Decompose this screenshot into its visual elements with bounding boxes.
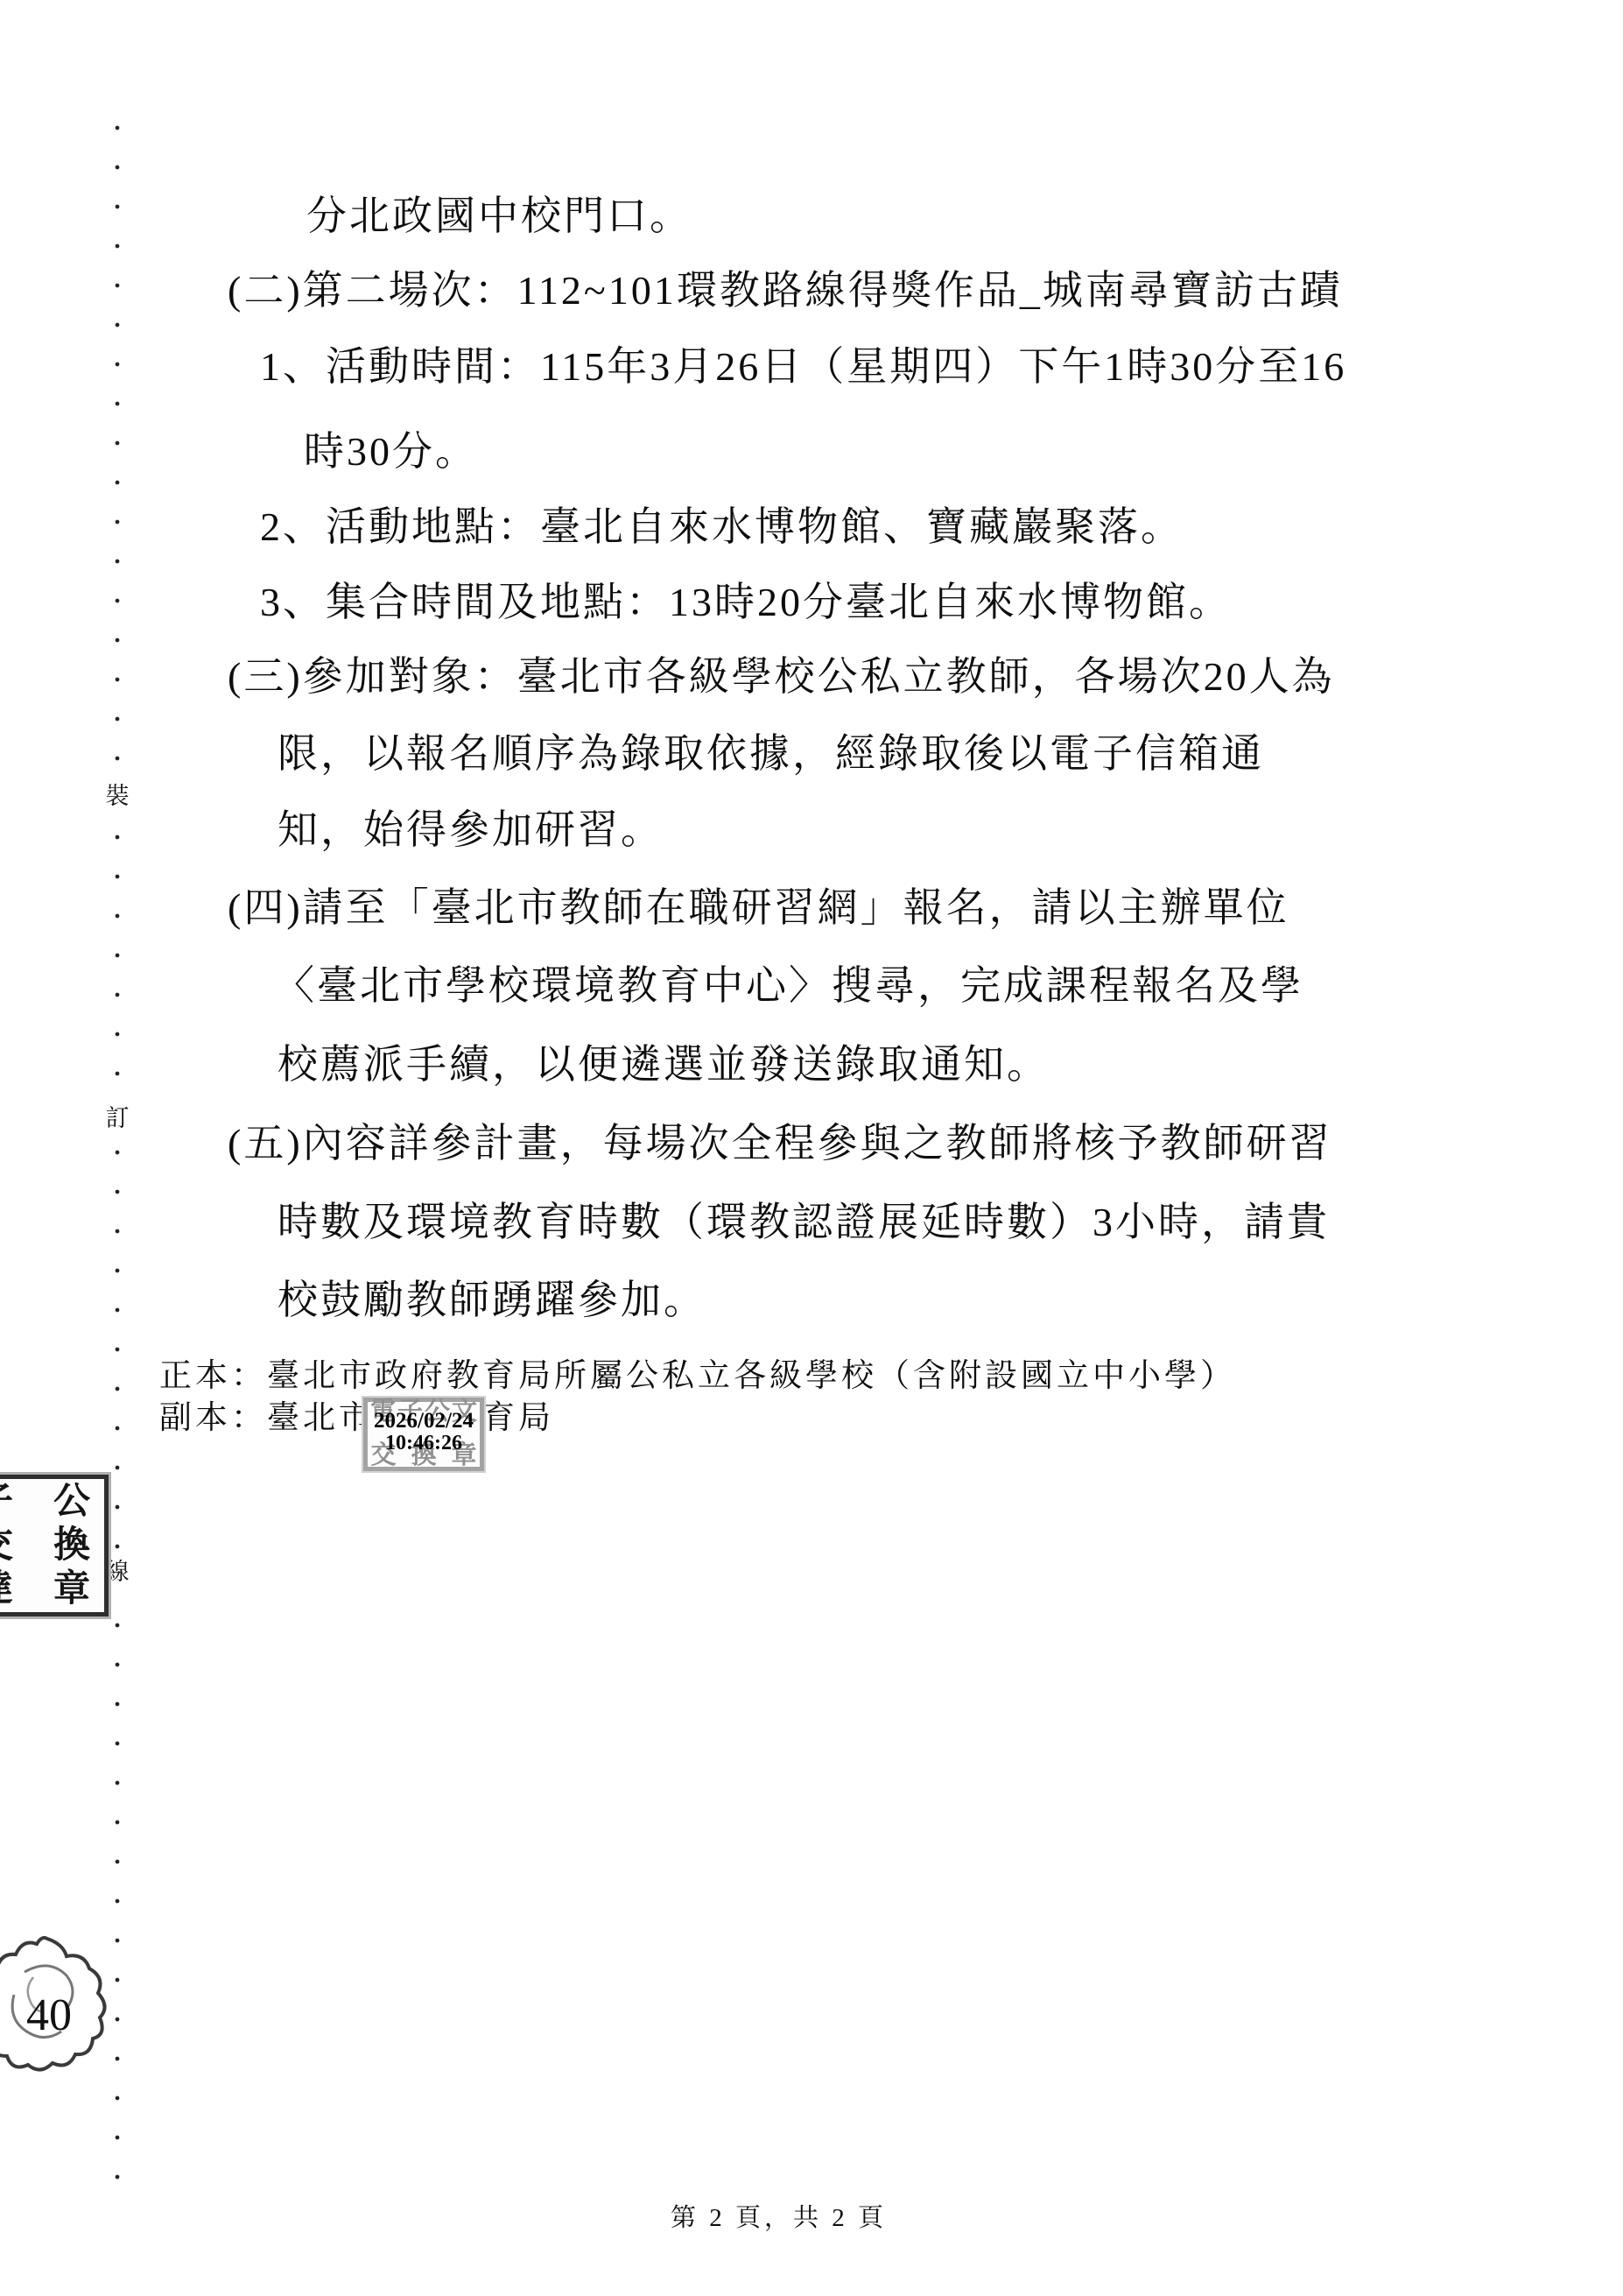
e-exchange-stamp-date: 2026/02/24 bbox=[362, 1410, 485, 1433]
binding-dotted-line bbox=[114, 124, 121, 2184]
body-line: 2、活動地點：臺北自來水博物館、寶藏巖聚落。 bbox=[260, 502, 1184, 553]
margin-mark-binding: 裝 bbox=[102, 776, 132, 817]
body-line: 限，以報名順序為錄取依據，經錄取後以電子信箱通 bbox=[278, 729, 1264, 779]
distribution-copy: 副本：臺北市政府教育局 bbox=[159, 1398, 554, 1439]
body-line: 知，始得參加研習。 bbox=[278, 805, 664, 856]
receive-stamp-right-column: 公換章 bbox=[53, 1480, 94, 1611]
body-line: 1、活動時間：115年3月26日（星期四）下午1時30分至16 bbox=[260, 342, 1346, 392]
page-footer: 第 2 頁，共 2 頁 bbox=[671, 2198, 887, 2234]
distribution-original: 正本：臺北市政府教育局所屬公私立各級學校（含附設國立中小學） bbox=[159, 1356, 1236, 1397]
body-line: 〈臺北市學校環境教育中心〉搜尋，完成課程報名及學 bbox=[274, 961, 1303, 1011]
body-line: (二)第二場次：112~101環教路線得獎作品_城南尋寶訪古蹟 bbox=[228, 265, 1343, 316]
body-line: 校鼓勵教師踴躍參加。 bbox=[278, 1275, 706, 1326]
body-line: 3、集合時間及地點：13時20分臺北自來水博物館。 bbox=[260, 577, 1232, 628]
page-badge-number: 40 bbox=[26, 1990, 72, 2040]
body-line: (三)參加對象：臺北市各級學校公私立教師，各場次20人為 bbox=[228, 651, 1335, 702]
flower-page-stamp: 40 bbox=[0, 1926, 121, 2093]
body-line: 校薦派手續，以便遴選並發送錄取通知。 bbox=[278, 1039, 1050, 1090]
e-exchange-stamp-time: 10:46:26 bbox=[362, 1432, 485, 1454]
body-line: 時數及環境教育時數（環教認證展延時數）3小時，請貴 bbox=[278, 1197, 1330, 1248]
receive-stamp: 子交達 公換章 bbox=[0, 1475, 109, 1616]
e-exchange-stamp: 電子公文 交換章 2026/02/24 10:46:26 bbox=[363, 1398, 484, 1471]
receive-stamp-left-column: 子交達 bbox=[0, 1480, 17, 1611]
body-line: 時30分。 bbox=[304, 426, 478, 477]
document-page: 裝 訂 線 分北政國中校門口。 (二)第二場次：112~101環教路線得獎作品_… bbox=[0, 0, 1623, 2296]
body-line: 分北政國中校門口。 bbox=[306, 191, 692, 242]
body-line: (四)請至「臺北市教師在職研習網」報名，請以主辦單位 bbox=[228, 883, 1289, 933]
body-line: (五)內容詳參計畫，每場次全程參與之教師將核予教師研習 bbox=[228, 1118, 1332, 1169]
margin-mark-staple: 訂 bbox=[102, 1098, 132, 1139]
